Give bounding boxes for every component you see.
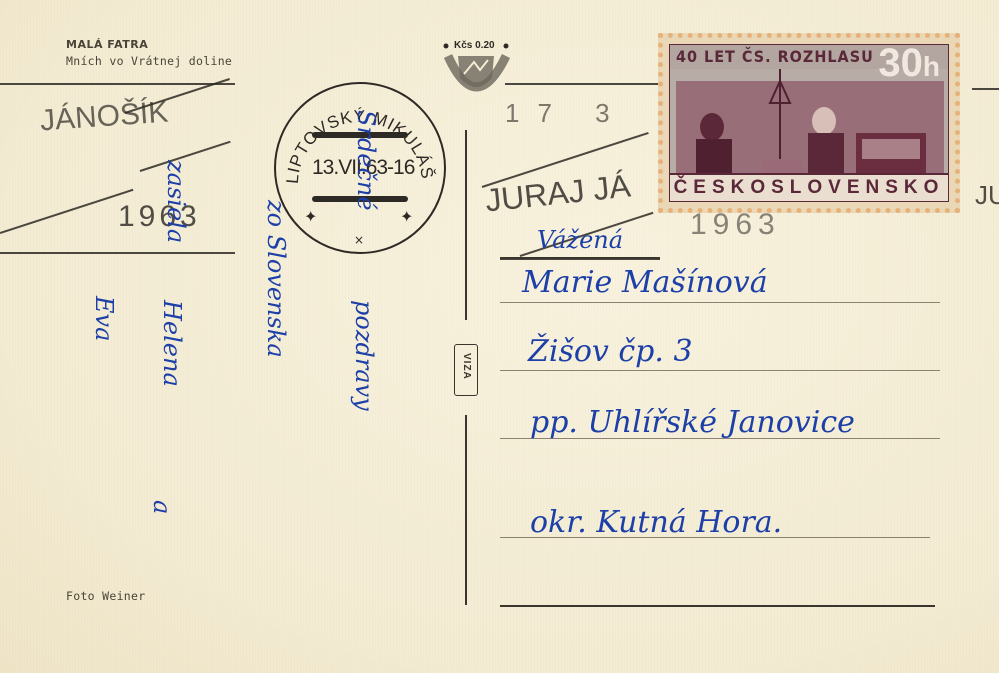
message-line-2: pozdravy: [350, 300, 378, 411]
cancel-line: [505, 83, 665, 85]
center-divider: [465, 130, 467, 320]
cancel-year-right: 1963: [690, 208, 781, 242]
address-salutation: Vážená: [537, 226, 623, 254]
postcard-back: MALÁ FATRA Mních vo Vrátnej doline Foto …: [0, 0, 999, 673]
address-line-4: okr. Kutná Hora.: [530, 505, 782, 540]
cancel-slogan-left: JÁNOŠÍK: [39, 96, 169, 139]
cancel-line: [0, 252, 235, 254]
stamp-value: 30h: [878, 44, 940, 86]
cancel-slogan-right: JURAJ JÁ: [483, 167, 632, 219]
viza-label: VIZA: [461, 353, 472, 380]
message-line-5: Helena: [158, 300, 186, 387]
cancel-line: [972, 88, 999, 90]
message-line-7: Eva: [90, 296, 118, 341]
stamp-header: 40 LET ČS. ROZHLASU: [676, 47, 874, 66]
caption-subtitle: Mních vo Vrátnej doline: [66, 54, 232, 68]
address-line-1: Marie Mašínová: [522, 265, 768, 300]
fee-amount: Kčs 0.20: [454, 40, 495, 51]
center-divider-lower: [465, 415, 467, 605]
photo-credit: Foto Weiner: [66, 589, 145, 603]
message-line-6: a: [148, 500, 176, 514]
cancel-line: [0, 189, 133, 234]
message-line-3: zo Slovenska: [262, 200, 290, 358]
address-line: [500, 605, 935, 607]
address-line: [500, 370, 940, 371]
cancel-digits-right: 17 3: [505, 98, 628, 129]
svg-text:×: ×: [354, 233, 364, 247]
fee-mark: Kčs 0.20: [440, 38, 512, 110]
message-line-1: Srdečné: [352, 110, 380, 211]
address-line: [500, 302, 940, 303]
stamp-design: 40 LET ČS. ROZHLASU 30h ČESKOSLOVENSKO: [669, 44, 949, 202]
cancel-far-right: JU: [975, 180, 999, 211]
address-line-3: pp. Uhlířské Janovice: [530, 405, 855, 440]
message-line-4: zasiela: [162, 160, 190, 243]
cancel-line: [0, 83, 235, 85]
svg-text:✦: ✦: [304, 207, 317, 226]
address-line: [500, 257, 660, 259]
postage-stamp: 40 LET ČS. ROZHLASU 30h ČESKOSLOVENSKO: [658, 33, 960, 213]
caption-title: MALÁ FATRA: [66, 38, 148, 51]
svg-text:✦: ✦: [400, 207, 413, 226]
address-line-2: Žišov čp. 3: [528, 334, 693, 369]
viza-box: VIZA: [454, 344, 478, 396]
stamp-country: ČESKOSLOVENSKO: [670, 173, 948, 201]
